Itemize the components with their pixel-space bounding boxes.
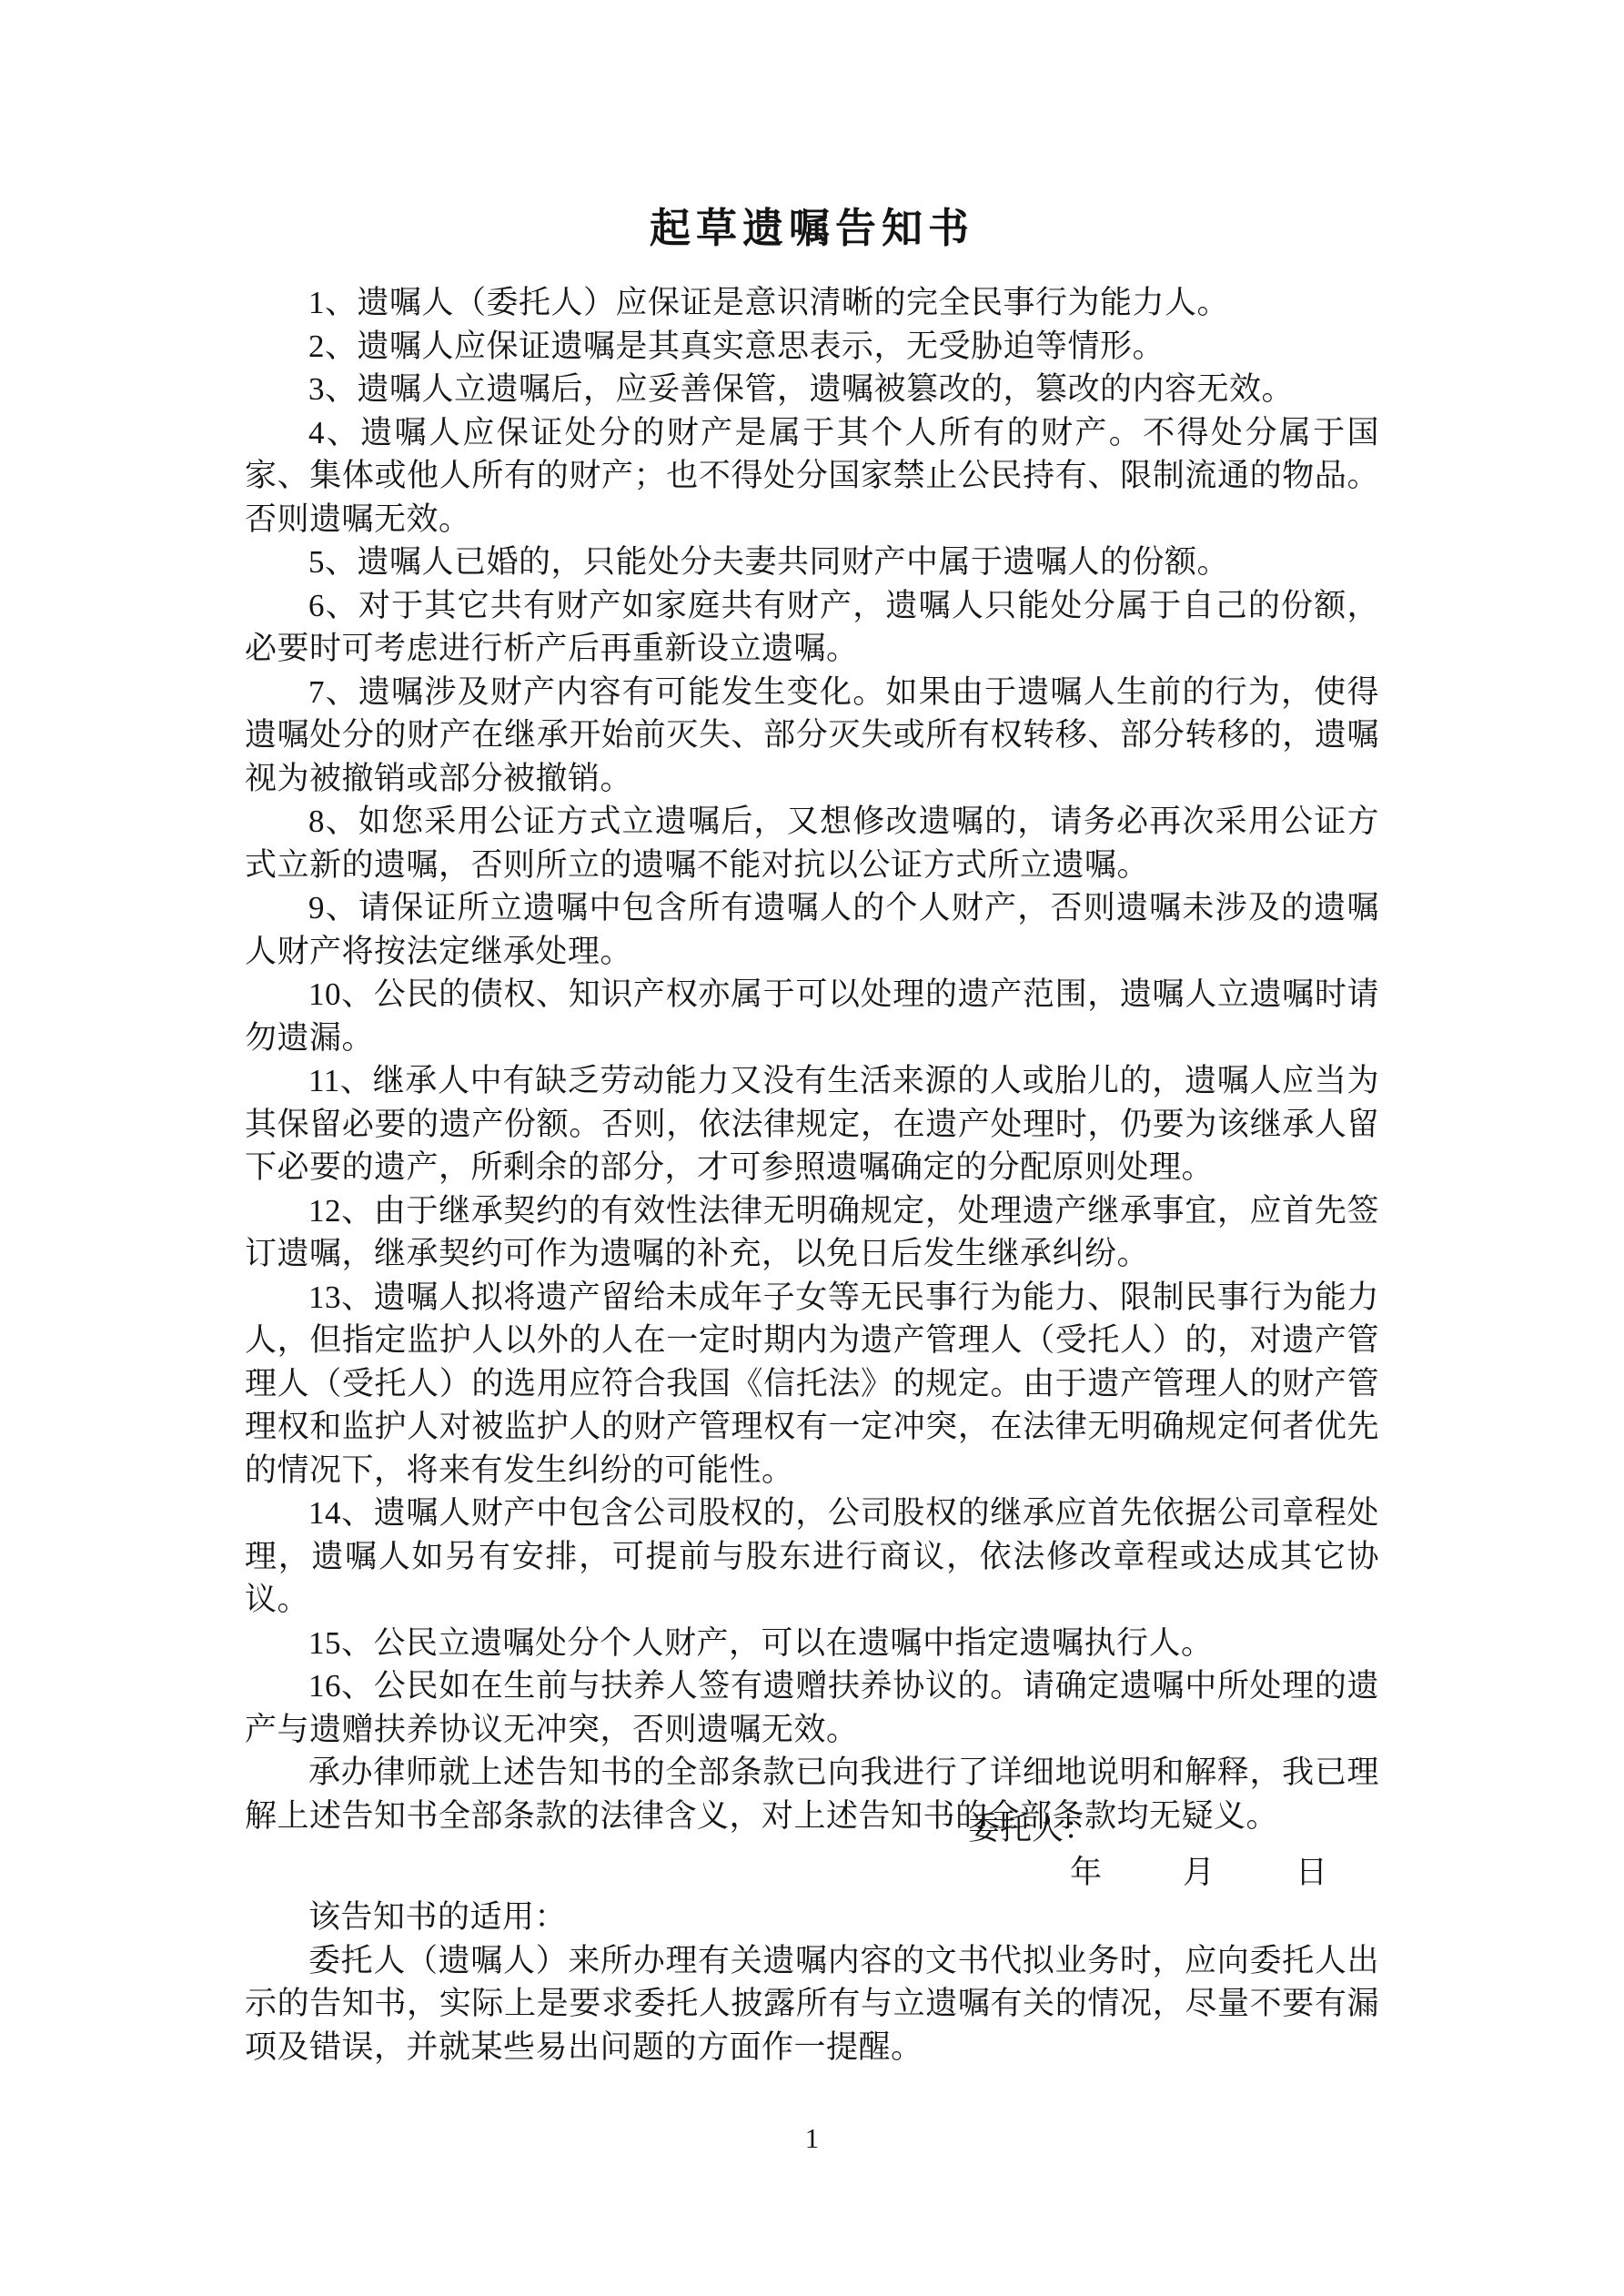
notice-item-2: 2、遗嘱人应保证遗嘱是其真实意思表示，无受胁迫等情形。 xyxy=(245,325,1379,369)
notice-item-14: 14、遗嘱人财产中包含公司股权的，公司股权的继承应首先依据公司章程处理，遗嘱人如… xyxy=(245,1492,1379,1622)
notice-item-10: 10、公民的债权、知识产权亦属于可以处理的遗产范围，遗嘱人立遗嘱时请勿遗漏。 xyxy=(245,973,1379,1059)
notice-item-7: 7、遗嘱涉及财产内容有可能发生变化。如果由于遗嘱人生前的行为，使得遗嘱处分的财产… xyxy=(245,671,1379,801)
notice-item-9: 9、请保证所立遗嘱中包含所有遗嘱人的个人财产，否则遗嘱未涉及的遗嘱人财产将按法定… xyxy=(245,886,1379,973)
notice-item-15: 15、公民立遗嘱处分个人财产，可以在遗嘱中指定遗嘱执行人。 xyxy=(245,1622,1379,1665)
usage-section: 该告知书的适用： 委托人（遗嘱人）来所办理有关遗嘱内容的文书代拟业务时，应向委托… xyxy=(245,1896,1379,2068)
closing-statement: 承办律师就上述告知书的全部条款已向我进行了详细地说明和解释，我已理解上述告知书全… xyxy=(245,1751,1379,1837)
document-body: 1、遗嘱人（委托人）应保证是意识清晰的完全民事行为能力人。 2、遗嘱人应保证遗嘱… xyxy=(245,281,1379,1837)
signature-date-line: 年 月 日 xyxy=(0,1851,1624,1895)
page-number: 1 xyxy=(245,2120,1379,2157)
document-page: 起草遗嘱告知书 1、遗嘱人（委托人）应保证是意识清晰的完全民事行为能力人。 2、… xyxy=(0,0,1624,2296)
notice-item-5: 5、遗嘱人已婚的，只能处分夫妻共同财产中属于遗嘱人的份额。 xyxy=(245,541,1379,584)
usage-heading: 该告知书的适用： xyxy=(245,1896,1379,1939)
signature-month-label: 月 xyxy=(1183,1851,1215,1895)
notice-item-16: 16、公民如在生前与扶养人签有遗赠扶养协议的。请确定遗嘱中所处理的遗产与遗赠扶养… xyxy=(245,1664,1379,1751)
notice-item-12: 12、由于继承契约的有效性法律无明确规定，处理遗产继承事宜，应首先签订遗嘱，继承… xyxy=(245,1189,1379,1276)
notice-item-13: 13、遗嘱人拟将遗产留给未成年子女等无民事行为能力、限制民事行为能力人，但指定监… xyxy=(245,1276,1379,1492)
notice-item-4: 4、遗嘱人应保证处分的财产是属于其个人所有的财产。不得处分属于国家、集体或他人所… xyxy=(245,411,1379,541)
signature-year-label: 年 xyxy=(1070,1851,1102,1895)
notice-item-1: 1、遗嘱人（委托人）应保证是意识清晰的完全民事行为能力人。 xyxy=(245,281,1379,325)
usage-paragraph: 委托人（遗嘱人）来所办理有关遗嘱内容的文书代拟业务时，应向委托人出示的告知书，实… xyxy=(245,1939,1379,2069)
notice-item-11: 11、继承人中有缺乏劳动能力又没有生活来源的人或胎儿的，遗嘱人应当为其保留必要的… xyxy=(245,1059,1379,1189)
notice-item-8: 8、如您采用公证方式立遗嘱后，又想修改遗嘱的，请务必再次采用公证方式立新的遗嘱，… xyxy=(245,800,1379,886)
signature-client-label: 委托人： xyxy=(968,1807,1095,1851)
notice-item-6: 6、对于其它共有财产如家庭共有财产，遗嘱人只能处分属于自己的份额，必要时可考虑进… xyxy=(245,584,1379,671)
document-title: 起草遗嘱告知书 xyxy=(245,200,1379,257)
notice-item-3: 3、遗嘱人立遗嘱后，应妥善保管，遗嘱被篡改的，篡改的内容无效。 xyxy=(245,368,1379,411)
signature-day-label: 日 xyxy=(1296,1851,1327,1895)
